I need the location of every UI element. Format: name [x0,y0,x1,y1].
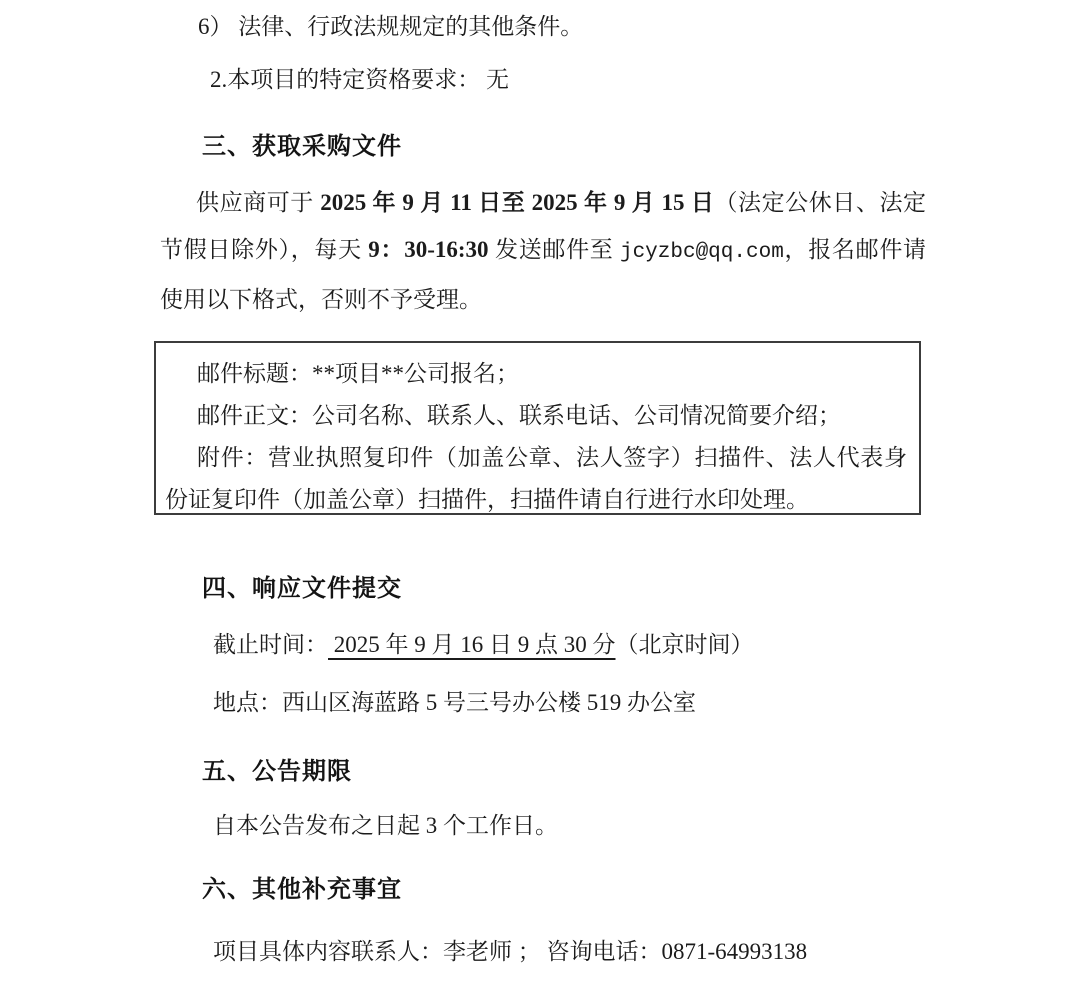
text-segment: 9：30-16:30 [368,237,488,262]
prequalification-item-2: 2.本项目的特定资格要求： 无 [210,61,509,94]
section-5-heading: 五、公告期限 [202,751,352,786]
notice-period-text: 自本公告发布之日起 3 个工作日。 [213,807,558,840]
text-segment: jcyzbc@qq.com [620,241,784,264]
prequalification-item-6: 6） 法律、行政法规规定的其他条件。 [198,8,583,41]
text-segment: 2025 年 9 月 16 日 9 点 30 分 [328,632,616,657]
submission-deadline: 截止时间： 2025 年 9 月 16 日 9 点 30 分（北京时间） [213,626,754,659]
text-segment: 2025 年 9 月 11 日至 2025 年 9 月 15 日 [320,190,714,215]
text-segment: 截止时间： [213,632,328,657]
procurement-notice-page: 6） 法律、行政法规规定的其他条件。 2.本项目的特定资格要求： 无 三、获取采… [0,0,1074,996]
mail-subject-line: 邮件标题：**项目**公司报名； [165,353,907,395]
contact-info-line: 项目具体内容联系人：李老师 ； 咨询电话：0871-64993138 [213,933,807,966]
mail-attachment-line: 附件：营业执照复印件（加盖公章、法人签字）扫描件、法人代表身份证复印件（加盖公章… [165,437,907,521]
mail-body-line: 邮件正文：公司名称、联系人、联系电话、公司情况简要介绍； [165,395,907,437]
section-3-heading: 三、获取采购文件 [202,126,402,161]
section-3-paragraph: 供应商可于 2025 年 9 月 11 日至 2025 年 9 月 15 日（法… [160,179,926,323]
text-segment: 供应商可于 [196,190,320,215]
submission-location: 地点：西山区海蓝路 5 号三号办公楼 519 办公室 [213,684,696,717]
mail-format-box: 邮件标题：**项目**公司报名； 邮件正文：公司名称、联系人、联系电话、公司情况… [154,341,921,515]
section-6-heading: 六、其他补充事宜 [202,869,402,904]
section-4-heading: 四、响应文件提交 [202,568,402,603]
text-segment: （北京时间） [616,632,754,657]
text-segment: 发送邮件至 [489,237,620,262]
